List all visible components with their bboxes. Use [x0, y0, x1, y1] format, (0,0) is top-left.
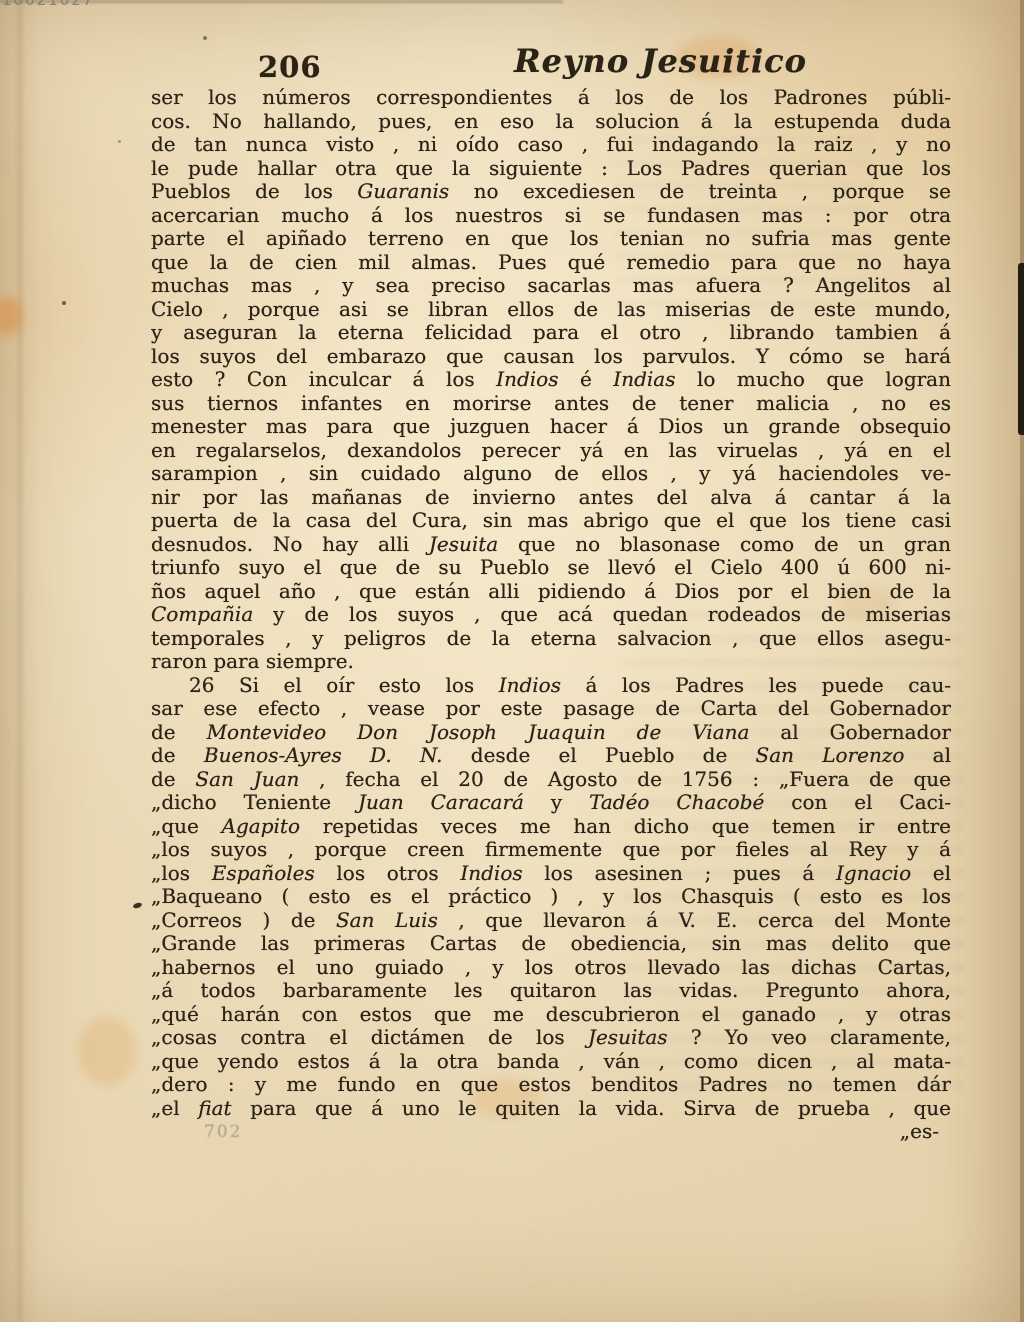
text-line: sarampion , sin cuidado alguno de ellos … [151, 462, 951, 486]
running-title: Reyno Jesuitico [514, 42, 807, 80]
text-line: „es- [151, 1120, 951, 1144]
text-line: „Correos ) de San Luis , que llevaron á … [151, 909, 951, 933]
text-line: sus tiernos infantes en morirse antes de… [151, 392, 951, 416]
text-line: „dero : y me fundo en que estos benditos… [151, 1073, 951, 1097]
text-line: menester mas para que juzguen hacer á Di… [151, 415, 951, 439]
text-line: acercarian mucho á los nuestros si se fu… [151, 204, 951, 228]
ink-speck [203, 36, 207, 40]
text-line: de Montevideo Don Josoph Juaquin de Vian… [151, 721, 951, 745]
scan-left-edge-shadow [14, 0, 26, 1322]
text-line: los suyos del embarazo que causan los pa… [151, 345, 951, 369]
scanned-book-page: 10021027 ’ 702 206 Reyno Jesuitico ser l… [0, 0, 1024, 1322]
text-line: Pueblos de los Guaranis no excediesen de… [151, 180, 951, 204]
text-line: de tan nunca visto , ni oído caso , fui … [151, 133, 951, 157]
text-line: „que Agapito repetidas veces me han dich… [151, 815, 951, 839]
text-line: „el fiat para que á uno le quiten la vid… [151, 1097, 951, 1121]
body-text-block: ser los números correspondientes á los d… [151, 86, 951, 1144]
scan-right-edge-shadow [1020, 0, 1024, 1322]
text-line: le pude hallar otra que la siguiente : L… [151, 157, 951, 181]
page-number: 206 [258, 50, 322, 84]
text-line: triunfo suyo el que de su Pueblo se llev… [151, 556, 951, 580]
text-line: parte el apiñado terreno en que los teni… [151, 227, 951, 251]
text-line: muchas mas , y sea preciso sacarlas mas … [151, 274, 951, 298]
text-line: 26 Si el oír esto los Indios á los Padre… [151, 674, 951, 698]
text-line: Compañia y de los suyos , que acá quedan… [151, 603, 951, 627]
text-line: „dicho Teniente Juan Caracará y Tadéo Ch… [151, 791, 951, 815]
scan-corner-id: 10021027 [2, 0, 94, 9]
text-line: raron para siempre. [151, 650, 951, 674]
ink-speck [62, 301, 66, 305]
text-line: „cosas contra el dictámen de los Jesuita… [151, 1026, 951, 1050]
book-gutter-shadow [1018, 263, 1024, 435]
text-line: „á todos barbaramente les quitaron las v… [151, 979, 951, 1003]
text-line: de San Juan , fecha el 20 de Agosto de 1… [151, 768, 951, 792]
text-line: „habernos el uno guiado , y los otros ll… [151, 956, 951, 980]
ink-speck [118, 140, 121, 143]
text-line: y aseguran la eterna felicidad para el o… [151, 321, 951, 345]
text-line: Cielo , porque asi se libran ellos de la… [151, 298, 951, 322]
text-line: sar ese efecto , vease por este pasage d… [151, 697, 951, 721]
text-line: „que yendo estos á la otra banda , ván ,… [151, 1050, 951, 1074]
text-line: nir por las mañanas de invierno antes de… [151, 486, 951, 510]
text-line: que la de cien mil almas. Pues qué remed… [151, 251, 951, 275]
paper-stain [78, 1016, 136, 1086]
text-line: „Grande las primeras Cartas de obedienci… [151, 932, 951, 956]
ink-speck [132, 902, 142, 910]
text-line: „qué harán con estos que me descubrieron… [151, 1003, 951, 1027]
text-line: ser los números correspondientes á los d… [151, 86, 951, 110]
text-line: „los Españoles los otros Indios los ases… [151, 862, 951, 886]
text-line: cos. No hallando, pues, en eso la soluci… [151, 110, 951, 134]
text-line: en regalarselos, dexandolos perecer yá e… [151, 439, 951, 463]
text-line: esto ? Con inculcar á los Indios é India… [151, 368, 951, 392]
text-line: „los suyos , porque creen firmemente que… [151, 838, 951, 862]
text-line: temporales , y peligros de la eterna sal… [151, 627, 951, 651]
text-line: „Baqueano ( esto es el práctico ) , y lo… [151, 885, 951, 909]
text-line: ños aquel año , que están alli pidiendo … [151, 580, 951, 604]
text-line: de Buenos-Ayres D. N. desde el Pueblo de… [151, 744, 951, 768]
text-line: desnudos. No hay alli Jesuita que no bla… [151, 533, 951, 557]
text-line: puerta de la casa del Cura, sin mas abri… [151, 509, 951, 533]
